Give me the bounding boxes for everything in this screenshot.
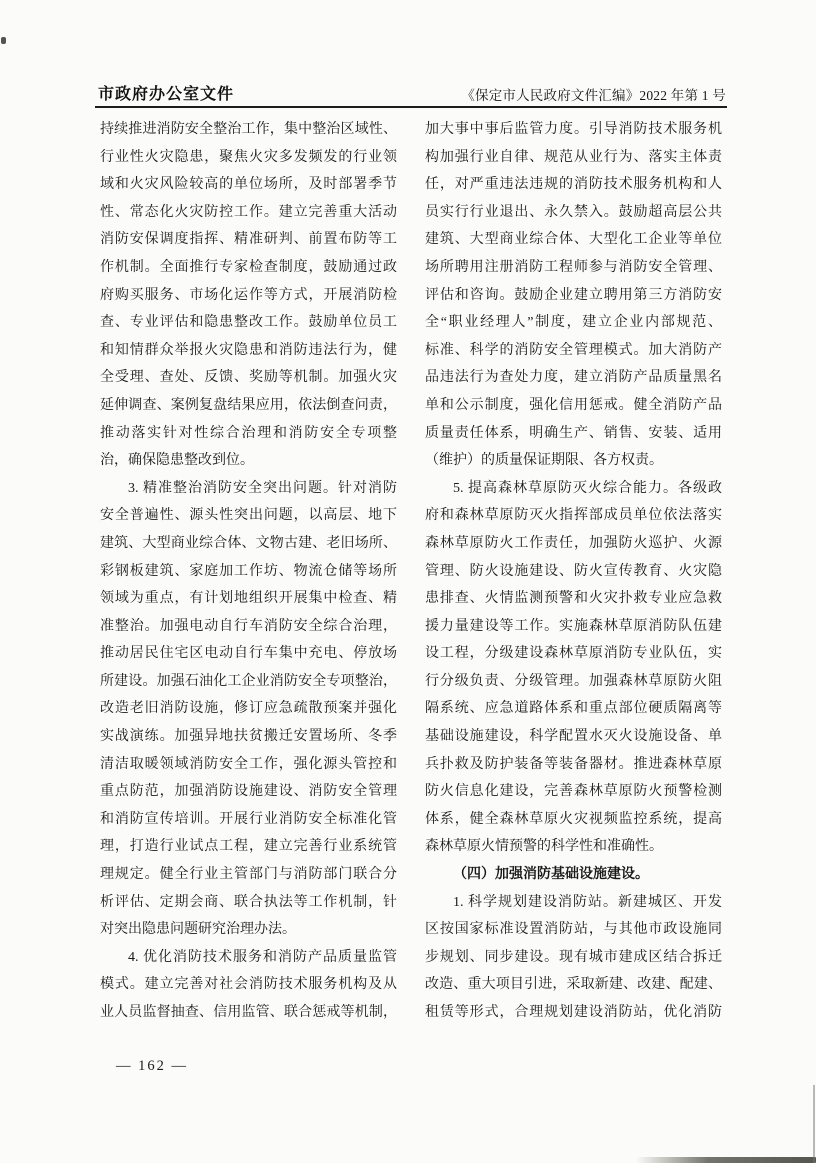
text-line: 森林草原火情预警的科学性和准确性。 (425, 833, 722, 861)
text-line: 推动居民住宅区电动自行车集中充电、停放场 (100, 640, 397, 668)
text-line: 行分级负责、分级管理。加强森林草原防火阻 (425, 668, 722, 696)
text-line: 行业性火灾隐患，聚焦火灾多发频发的行业领 (100, 144, 397, 172)
text-line: 理规定。健全行业主管部门与消防部门联合分 (100, 861, 397, 889)
text-line: 评估和咨询。鼓励企业建立聘用第三方消防安 (425, 282, 722, 310)
text-line: 准整治。加强电动自行车消防安全综合治理， (100, 613, 397, 641)
text-line: 3. 精准整治消防安全突出问题。针对消防 (100, 475, 397, 503)
text-line: 租赁等形式，合理规划建设消防站，优化消防 (425, 999, 722, 1027)
text-line: 持续推进消防安全整治工作，集中整治区域性、 (100, 116, 397, 144)
scan-speck (1, 37, 6, 44)
text-line: 步规划、同步建设。现有城市建成区结合拆迁 (425, 944, 722, 972)
text-line: 场所聘用注册消防工程师参与消防安全管理、 (425, 254, 722, 282)
text-line: 全受理、查处、反馈、奖励等机制。加强火灾 (100, 364, 397, 392)
text-line: 改造、重大项目引进，采取新建、改建、配建、 (425, 971, 722, 999)
text-line: 体系，健全森林草原火灾视频监控系统，提高 (425, 806, 722, 834)
text-line: 理，打造行业试点工程，建立完善行业系统管 (100, 833, 397, 861)
text-line: 任，对严重违法违规的消防技术服务机构和人 (425, 171, 722, 199)
text-line: 加大事中事后监管力度。引导消防技术服务机 (425, 116, 722, 144)
text-line: 延伸调查、案例复盘结果应用，依法倒查问责， (100, 392, 397, 420)
header-rule (95, 106, 727, 108)
text-line: 和知情群众举报火灾隐患和消防违法行为，健 (100, 337, 397, 365)
text-line: 所建设。加强石油化工企业消防安全专项整治， (100, 668, 397, 696)
text-line: 府和森林草原防灭火指挥部成员单位依法落实 (425, 502, 722, 530)
scan-edge-line (813, 1085, 815, 1163)
scan-smudge (636, 1157, 816, 1163)
text-line: 标准、科学的消防安全管理模式。加大消防产 (425, 337, 722, 365)
text-line: （维护）的质量保证期限、各方权责。 (425, 447, 722, 475)
text-line: 4. 优化消防技术服务和消防产品质量监管 (100, 944, 397, 972)
header-compilation-title: 《保定市人民政府文件汇编》2022 年第 1 号 (461, 84, 726, 104)
text-line: 兵扑救及防护装备等装备器材。推进森林草原 (425, 751, 722, 779)
text-line: 患排查、火情监测预警和火灾扑救专业应急救 (425, 585, 722, 613)
header-doc-category: 市政府办公室文件 (98, 81, 234, 104)
text-line: 隔系统、应急道路体系和重点部位硬质隔离等 (425, 695, 722, 723)
text-line: 防火信息化建设，完善森林草原防火预警检测 (425, 778, 722, 806)
document-page: 市政府办公室文件 《保定市人民政府文件汇编》2022 年第 1 号 持续推进消防… (0, 0, 816, 1163)
text-line: 对突出隐患问题研究治理办法。 (100, 916, 397, 944)
text-line: 析评估、定期会商、联合执法等工作机制，针 (100, 889, 397, 917)
text-line: 建筑、大型商业综合体、大型化工企业等单位 (425, 226, 722, 254)
text-line: 推动落实针对性综合治理和消防安全专项整 (100, 420, 397, 448)
text-line: 改造老旧消防设施，修订应急疏散预案并强化 (100, 695, 397, 723)
text-line: 性、常态化火灾防控工作。建立完善重大活动 (100, 199, 397, 227)
text-line: 单和公示制度，强化信用惩戒。健全消防产品 (425, 392, 722, 420)
text-line: 管理、防火设施建设、防火宣传教育、火灾隐 (425, 558, 722, 586)
text-line: 清洁取暖领域消防安全工作，强化源头管控和 (100, 751, 397, 779)
text-line: 建筑、大型商业综合体、文物古建、老旧场所、 (100, 530, 397, 558)
text-line: 区按国家标准设置消防站，与其他市政设施同 (425, 916, 722, 944)
text-line: 员实行行业退出、永久禁入。鼓励超高层公共 (425, 199, 722, 227)
text-line: 治，确保隐患整改到位。 (100, 447, 397, 475)
text-line: 1. 科学规划建设消防站。新建城区、开发 (425, 889, 722, 917)
text-line: 重点防范，加强消防设施建设、消防安全管理 (100, 778, 397, 806)
text-line: 品违法行为查处力度，建立消防产品质量黑名 (425, 364, 722, 392)
text-line: （四）加强消防基础设施建设。 (425, 861, 722, 889)
right-column: 加大事中事后监管力度。引导消防技术服务机构加强行业自律、规范从业行为、落实主体责… (425, 116, 722, 1027)
text-line: 质量责任体系，明确生产、销售、安装、适用 (425, 420, 722, 448)
text-line: 业人员监督抽查、信用监管、联合惩戒等机制， (100, 999, 397, 1027)
left-column: 持续推进消防安全整治工作，集中整治区域性、行业性火灾隐患，聚焦火灾多发频发的行业… (100, 116, 397, 1027)
text-line: 全“职业经理人”制度，建立企业内部规范、 (425, 309, 722, 337)
text-line: 安全普遍性、源头性突出问题，以高层、地下 (100, 502, 397, 530)
text-line: 域和火灾风险较高的单位场所，及时部署季节 (100, 171, 397, 199)
text-line: 府购买服务、市场化运作等方式，开展消防检 (100, 282, 397, 310)
page-number: — 162 — (116, 1058, 188, 1075)
text-line: 森林草原防火工作责任，加强防火巡护、火源 (425, 530, 722, 558)
text-line: 5. 提高森林草原防灭火综合能力。各级政 (425, 475, 722, 503)
text-line: 构加强行业自律、规范从业行为、落实主体责 (425, 144, 722, 172)
text-line: 实战演练。加强异地扶贫搬迁安置场所、冬季 (100, 723, 397, 751)
page-header: 市政府办公室文件 《保定市人民政府文件汇编》2022 年第 1 号 (98, 82, 726, 104)
text-line: 基础设施建设，科学配置水灭火设施设备、单 (425, 723, 722, 751)
document-body: 持续推进消防安全整治工作，集中整治区域性、行业性火灾隐患，聚焦火灾多发频发的行业… (100, 116, 722, 1027)
text-line: 设工程，分级建设森林草原消防专业队伍，实 (425, 640, 722, 668)
text-line: 和消防宣传培训。开展行业消防安全标准化管 (100, 806, 397, 834)
text-line: 消防安保调度指挥、精准研判、前置布防等工 (100, 226, 397, 254)
text-line: 查、专业评估和隐患整改工作。鼓励单位员工 (100, 309, 397, 337)
text-line: 彩钢板建筑、家庭加工作坊、物流仓储等场所 (100, 558, 397, 586)
text-line: 领域为重点，有计划地组织开展集中检查、精 (100, 585, 397, 613)
text-line: 作机制。全面推行专家检查制度，鼓励通过政 (100, 254, 397, 282)
text-line: 模式。建立完善对社会消防技术服务机构及从 (100, 971, 397, 999)
text-line: 援力量建设等工作。实施森林草原消防队伍建 (425, 613, 722, 641)
